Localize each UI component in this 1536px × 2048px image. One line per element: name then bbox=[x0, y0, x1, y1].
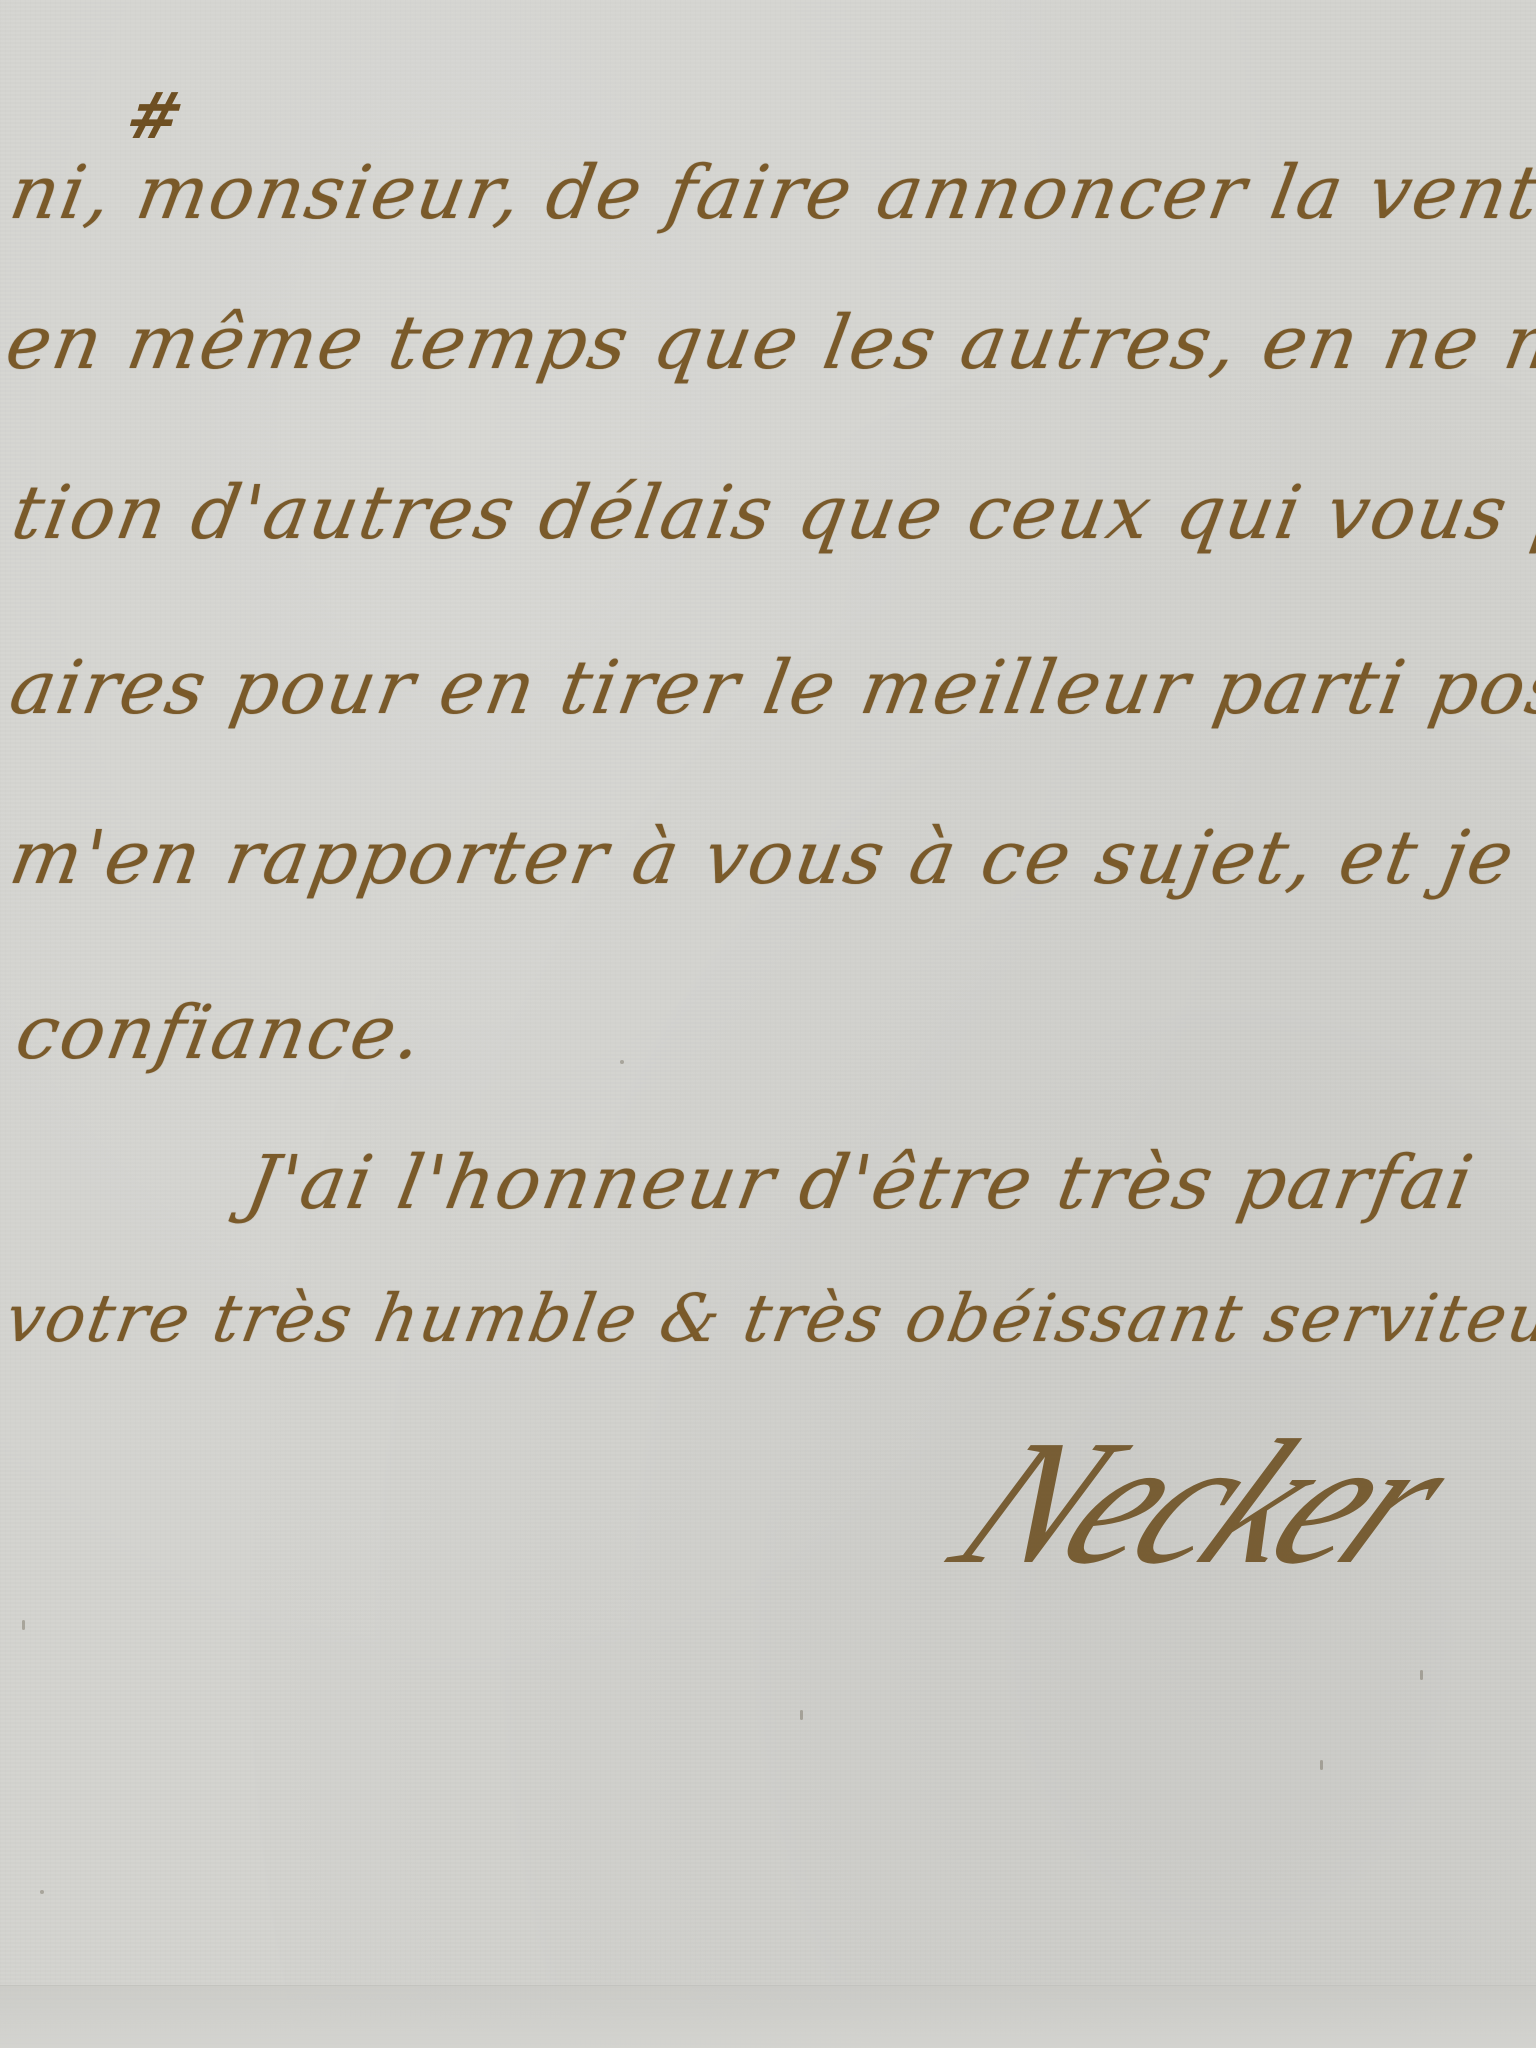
closing-line-1: J'ai l'honneur d'être très parfai bbox=[240, 1140, 1481, 1226]
letter-line-5: m'en rapporter à vous à ce sujet, et je bbox=[4, 815, 1522, 901]
letter-line-1: ni, monsieur, de faire annoncer la vente bbox=[4, 150, 1536, 236]
letter-line-4: aires pour en tirer le meilleur parti po… bbox=[4, 645, 1536, 731]
paper-bottom-edge bbox=[0, 1985, 1536, 2048]
closing-line-2: votre très humble & très obéissant servi… bbox=[0, 1280, 1536, 1357]
paper-speck bbox=[800, 1710, 803, 1720]
paper-speck bbox=[1320, 1760, 1323, 1770]
hash-mark: # bbox=[118, 80, 191, 154]
paper-speck bbox=[40, 1890, 44, 1894]
letter-line-6: confiance. bbox=[10, 990, 430, 1076]
paper-speck bbox=[22, 1620, 25, 1630]
letter-line-2: en même temps que les autres, en ne mett… bbox=[0, 300, 1536, 386]
letter-line-3: tion d'autres délais que ceux qui vous p… bbox=[6, 470, 1536, 556]
signature: Necker bbox=[920, 1400, 1484, 1605]
paper-speck bbox=[1420, 1670, 1423, 1680]
letter-paper: # ni, monsieur, de faire annoncer la ven… bbox=[0, 0, 1536, 2048]
paper-speck bbox=[620, 1060, 624, 1064]
